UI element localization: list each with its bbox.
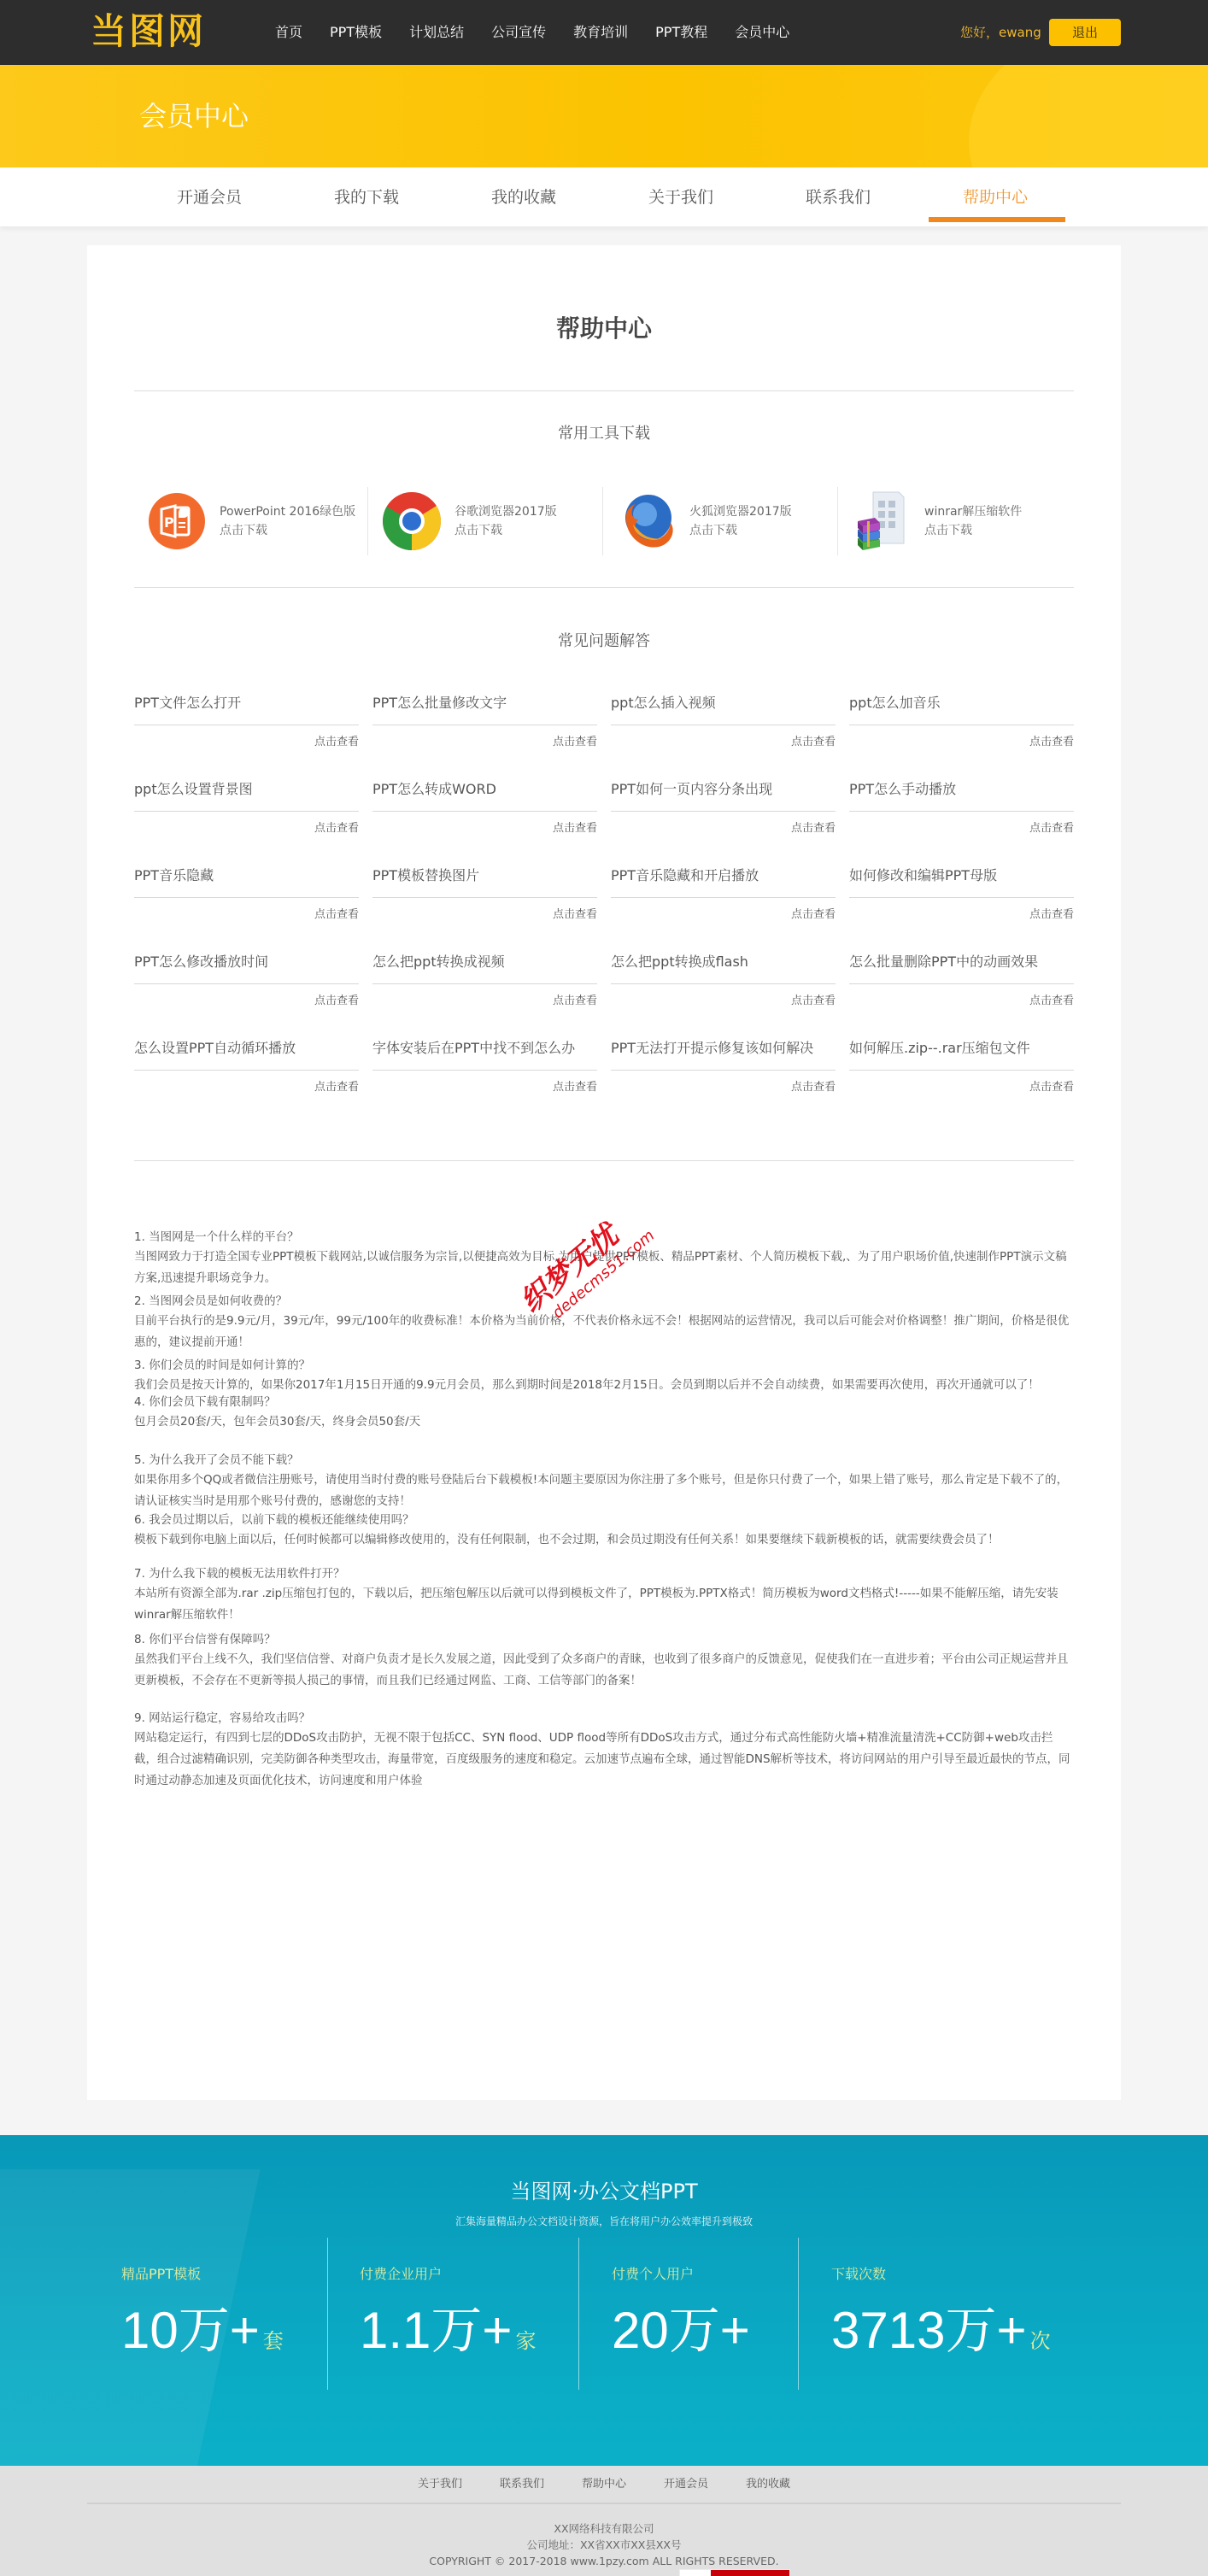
stat-unit: 次: [1030, 2330, 1051, 2353]
tool-item[interactable]: P PowerPoint 2016绿色版 点击下载: [134, 487, 369, 555]
tool-download-link[interactable]: 点击下载: [220, 521, 355, 540]
firefox-icon: [616, 490, 677, 552]
qa-block: 6. 我会员过期以后，以前下载的模板还能继续使用吗？模板下载到你电脑上面以后，任…: [134, 1511, 1074, 1551]
tool-separator: [602, 487, 603, 555]
faq-link-item[interactable]: 怎么批量删除PPT中的动画效果点击查看: [849, 953, 1074, 1012]
faq-underline: [134, 725, 359, 725]
qa-block: 2. 当图网会员是如何收费的？目前平台执行的是9.9元/月，39元/年，99元/…: [134, 1292, 1074, 1353]
faq-underline: [611, 725, 836, 725]
qa-question: 2. 当图网会员是如何收费的？: [134, 1292, 1074, 1311]
stats-title: 当图网·办公文档PPT: [0, 2178, 1208, 2205]
nav-member-center[interactable]: 会员中心: [735, 22, 789, 43]
qa-answer: 网站稳定运行，有四到七层的DDoS攻击防护，无视不限于包括CC、SYN floo…: [134, 1728, 1074, 1792]
qa-question: 6. 我会员过期以后，以前下载的模板还能继续使用吗？: [134, 1511, 1074, 1529]
qa-block: 4. 你们会员下载有限制吗？包月会员20套/天，包年会员30套/天，终身会员50…: [134, 1393, 1074, 1433]
tool-separator: [837, 487, 838, 555]
qa-question: 9. 网站运行稳定，容易给攻击吗？: [134, 1709, 1074, 1728]
tab-my-downloads[interactable]: 我的下载: [334, 186, 399, 208]
qa-block: 5. 为什么我开了会员不能下载？如果你用多个QQ或者微信注册账号，请使用当时付费…: [134, 1451, 1074, 1512]
page-banner: 会员中心: [0, 65, 1208, 167]
faq-underline: [134, 811, 359, 812]
qa-answer: 当图网致力于打造全国专业PPT模板下载网站,以诚信服务为宗旨,以便捷高效为目标,…: [134, 1247, 1074, 1289]
qa-answer: 虽然我们平台上线不久，我们坚信信誉、对商户负责才是长久发展之道，因此受到了众多商…: [134, 1649, 1074, 1692]
user-greeting[interactable]: 您好，ewang: [960, 22, 1041, 43]
qa-answer: 包月会员20套/天，包年会员30套/天，终身会员50套/天: [134, 1411, 1074, 1433]
faq-question-link[interactable]: 如何修改和编辑PPT母版: [849, 866, 1074, 885]
faq-view-link[interactable]: 点击查看: [1029, 1080, 1074, 1095]
faq-question-link[interactable]: 怎么批量删除PPT中的动画效果: [849, 953, 1074, 971]
tools-section-title: 常用工具下载: [87, 424, 1121, 444]
faq-underline: [134, 897, 359, 898]
tool-separator: [367, 487, 368, 555]
stat-separator: [327, 2238, 328, 2390]
faq-link-item[interactable]: PPT音乐隐藏点击查看: [134, 866, 359, 926]
faq-underline: [372, 983, 597, 984]
stat-value: 20万+: [612, 2302, 750, 2359]
faq-question-link[interactable]: ppt怎么设置背景图: [134, 780, 359, 799]
faq-view-link[interactable]: 点击查看: [791, 735, 836, 750]
faq-underline: [849, 811, 1074, 812]
faq-underline: [372, 1070, 597, 1071]
faq-question-link[interactable]: ppt怎么插入视频: [611, 694, 836, 713]
faq-view-link[interactable]: 点击查看: [553, 907, 597, 923]
qa-block: 7. 为什么我下载的模板无法用软件打开？本站所有资源全部为.rar .zip压缩…: [134, 1564, 1074, 1626]
faq-question-link[interactable]: PPT无法打开提示修复该如何解决: [611, 1039, 836, 1058]
stat-enterprise-users: 付费企业用户 1.1万+家: [360, 2265, 442, 2284]
divider: [134, 587, 1074, 588]
nav-home[interactable]: 首页: [275, 22, 302, 43]
powerpoint-icon: P: [146, 490, 208, 552]
faq-question-link[interactable]: 怎么设置PPT自动循环播放: [134, 1039, 359, 1058]
faq-link-item[interactable]: PPT怎么修改播放时间点击查看: [134, 953, 359, 1012]
faq-question-link[interactable]: 怎么把ppt转换成flash: [611, 953, 836, 971]
stats-band: 当图网·办公文档PPT 汇集海量精品办公文档设计资源，旨在将用户办公效率提升到极…: [0, 2135, 1208, 2466]
qa-answer: 如果你用多个QQ或者微信注册账号，请使用当时付费的账号登陆后台下载模板!本问题主…: [134, 1470, 1074, 1512]
qa-question: 1. 当图网是一个什么样的平台？: [134, 1228, 1074, 1247]
faq-view-link[interactable]: 点击查看: [553, 735, 597, 750]
faq-view-link[interactable]: 点击查看: [791, 1080, 836, 1095]
certification-badge[interactable]: [679, 2569, 790, 2576]
faq-question-link[interactable]: PPT如何一页内容分条出现: [611, 780, 836, 799]
faq-question-link[interactable]: PPT文件怎么打开: [134, 694, 359, 713]
stat-value: 3713万+: [831, 2302, 1027, 2359]
faq-link-item[interactable]: ppt怎么插入视频点击查看: [611, 694, 836, 754]
page-title: 帮助中心: [87, 314, 1121, 344]
faq-link-item[interactable]: PPT无法打开提示修复该如何解决点击查看: [611, 1039, 836, 1099]
faq-link-item[interactable]: ppt怎么加音乐点击查看: [849, 694, 1074, 754]
faq-view-link[interactable]: 点击查看: [553, 994, 597, 1009]
footer-divider: [87, 2503, 1121, 2504]
faq-view-link[interactable]: 点击查看: [1029, 994, 1074, 1009]
faq-question-link[interactable]: PPT怎么修改播放时间: [134, 953, 359, 971]
footer-link-favorites[interactable]: 我的收藏: [746, 2476, 790, 2493]
tab-help-center[interactable]: 帮助中心: [963, 186, 1028, 208]
faq-link-item[interactable]: 怎么把ppt转换成flash点击查看: [611, 953, 836, 1012]
tool-name: winrar解压缩软件: [924, 502, 1022, 521]
faq-question-link[interactable]: ppt怎么加音乐: [849, 694, 1074, 713]
qa-question: 8. 你们平台信誉有保障吗？: [134, 1630, 1074, 1649]
faq-question-link[interactable]: PPT音乐隐藏: [134, 866, 359, 885]
tool-name: 谷歌浏览器2017版: [454, 502, 557, 521]
faq-view-link[interactable]: 点击查看: [314, 821, 359, 836]
faq-question-link[interactable]: PPT怎么手动播放: [849, 780, 1074, 799]
qa-block: 3. 你们会员的时间是如何计算的？我们会员是按天计算的，如果你2017年1月15…: [134, 1356, 1074, 1396]
faq-link-item[interactable]: 如何修改和编辑PPT母版点击查看: [849, 866, 1074, 926]
faq-view-link[interactable]: 点击查看: [791, 994, 836, 1009]
faq-underline: [611, 983, 836, 984]
main-nav: 首页 PPT模板 计划总结 公司宣传 教育培训 PPT教程 会员中心: [275, 22, 817, 43]
qa-answer: 本站所有资源全部为.rar .zip压缩包打包的，下载以后，把压缩包解压以后就可…: [134, 1583, 1074, 1626]
stat-separator: [578, 2238, 579, 2390]
tool-item[interactable]: winrar解压缩软件 点击下载: [839, 487, 1074, 555]
logo-char: 图: [129, 12, 166, 51]
footer-address: 公司地址：XX省XX市XX县XX号: [0, 2537, 1208, 2553]
stat-label: 下载次数: [831, 2265, 886, 2284]
faq-question-link[interactable]: PPT模板替换图片: [372, 866, 597, 885]
faq-link-item[interactable]: 怎么把ppt转换成视频点击查看: [372, 953, 597, 1012]
faq-link-item[interactable]: PPT怎么手动播放点击查看: [849, 780, 1074, 840]
faq-question-link[interactable]: 如何解压.zip--.rar压缩包文件: [849, 1039, 1074, 1058]
footer-link-contact[interactable]: 联系我们: [500, 2476, 544, 2493]
svg-text:P: P: [164, 514, 174, 531]
faq-view-link[interactable]: 点击查看: [314, 907, 359, 923]
faq-underline: [372, 811, 597, 812]
banner-title: 会员中心: [139, 97, 249, 135]
tab-my-favorites[interactable]: 我的收藏: [491, 186, 556, 208]
faq-link-item[interactable]: PPT如何一页内容分条出现点击查看: [611, 780, 836, 840]
winrar-icon: [851, 490, 912, 552]
faq-underline: [849, 725, 1074, 725]
stat-value: 10万+: [121, 2302, 260, 2359]
faq-underline: [372, 725, 597, 725]
stat-unit: 套: [263, 2330, 284, 2353]
footer-link-help[interactable]: 帮助中心: [582, 2476, 626, 2493]
faq-underline: [849, 1070, 1074, 1071]
faq-view-link[interactable]: 点击查看: [1029, 821, 1074, 836]
nav-education[interactable]: 教育培训: [573, 22, 628, 43]
stat-label: 付费企业用户: [360, 2265, 442, 2284]
qa-answer: 目前平台执行的是9.9元/月，39元/年，99元/100年的收费标准！本价格为当…: [134, 1311, 1074, 1353]
faq-section-title: 常见问题解答: [87, 631, 1121, 652]
qa-question: 5. 为什么我开了会员不能下载？: [134, 1451, 1074, 1470]
faq-view-link[interactable]: 点击查看: [791, 907, 836, 923]
nav-plan-summary[interactable]: 计划总结: [409, 22, 464, 43]
faq-link-item[interactable]: PPT音乐隐藏和开启播放点击查看: [611, 866, 836, 926]
divider: [134, 390, 1074, 391]
member-subnav: 开通会员 我的下载 我的收藏 关于我们 联系我们 帮助中心: [0, 167, 1208, 226]
stat-label: 付费个人用户: [612, 2265, 694, 2284]
logo-char: 网: [167, 12, 204, 51]
qa-block: 9. 网站运行稳定，容易给攻击吗？网站稳定运行，有四到七层的DDoS攻击防护，无…: [134, 1709, 1074, 1792]
faq-link-item[interactable]: PPT怎么转成WORD点击查看: [372, 780, 597, 840]
logo-char: 当: [91, 12, 127, 51]
faq-view-link[interactable]: 点击查看: [314, 735, 359, 750]
tab-open-membership[interactable]: 开通会员: [177, 186, 242, 208]
faq-view-link[interactable]: 点击查看: [553, 1080, 597, 1095]
top-header: 当 图 网 首页 PPT模板 计划总结 公司宣传 教育培训 PPT教程 会员中心…: [0, 0, 1208, 65]
nav-ppt-tutorial[interactable]: PPT教程: [655, 22, 707, 43]
faq-view-link[interactable]: 点击查看: [314, 994, 359, 1009]
help-center-panel: 帮助中心 常用工具下载 P PowerPoint 2016绿色版 点击下载: [87, 245, 1121, 2100]
divider: [134, 1160, 1074, 1161]
faq-link-item[interactable]: 字体安装后在PPT中找不到怎么办点击查看: [372, 1039, 597, 1099]
tab-contact-us[interactable]: 联系我们: [806, 186, 871, 208]
faq-question-link[interactable]: PPT怎么批量修改文字: [372, 694, 597, 713]
faq-underline: [372, 897, 597, 898]
stat-personal-users: 付费个人用户 20万+: [612, 2265, 694, 2284]
faq-underline: [849, 897, 1074, 898]
stat-unit: 家: [515, 2330, 536, 2353]
faq-link-item[interactable]: PPT模板替换图片点击查看: [372, 866, 597, 926]
footer-copyright: COPYRIGHT © 2017-2018 www.1pzy.com ALL R…: [0, 2553, 1208, 2569]
faq-question-link[interactable]: 怎么把ppt转换成视频: [372, 953, 597, 971]
stat-value: 1.1万+: [360, 2302, 512, 2359]
tool-item[interactable]: 谷歌浏览器2017版 点击下载: [369, 487, 604, 555]
faq-underline: [611, 897, 836, 898]
faq-underline: [134, 1070, 359, 1071]
nav-ppt-templates[interactable]: PPT模板: [330, 22, 382, 43]
footer-link-membership[interactable]: 开通会员: [664, 2476, 708, 2493]
faq-underline: [849, 983, 1074, 984]
tool-download-link[interactable]: 点击下载: [454, 521, 557, 540]
faq-view-link[interactable]: 点击查看: [791, 821, 836, 836]
footer-company: XX网络科技有限公司: [0, 2520, 1208, 2537]
stat-separator: [798, 2238, 799, 2390]
stats-subtitle: 汇集海量精品办公文档设计资源，旨在将用户办公效率提升到极致: [0, 2214, 1208, 2229]
faq-view-link[interactable]: 点击查看: [553, 821, 597, 836]
qa-answer: 模板下载到你电脑上面以后，任何时候都可以编辑修改使用的，没有任何限制，也不会过期…: [134, 1529, 1074, 1551]
tool-item[interactable]: 火狐浏览器2017版 点击下载: [604, 487, 839, 555]
footer-link-about[interactable]: 关于我们: [418, 2476, 462, 2493]
tool-download-link[interactable]: 点击下载: [689, 521, 792, 540]
faq-view-link[interactable]: 点击查看: [1029, 907, 1074, 923]
qa-block: 8. 你们平台信誉有保障吗？虽然我们平台上线不久，我们坚信信誉、对商户负责才是长…: [134, 1630, 1074, 1692]
qa-question: 7. 为什么我下载的模板无法用软件打开？: [134, 1564, 1074, 1583]
chrome-icon: [381, 490, 443, 552]
nav-company-promo[interactable]: 公司宣传: [491, 22, 546, 43]
qa-question: 3. 你们会员的时间是如何计算的？: [134, 1356, 1074, 1375]
faq-view-link[interactable]: 点击查看: [1029, 735, 1074, 750]
site-footer: 关于我们 联系我们 帮助中心 开通会员 我的收藏 XX网络科技有限公司 公司地址…: [0, 2466, 1208, 2576]
tab-about-us[interactable]: 关于我们: [648, 186, 713, 208]
faq-question-link[interactable]: 字体安装后在PPT中找不到怎么办: [372, 1039, 597, 1058]
site-logo[interactable]: 当 图 网: [91, 12, 204, 51]
qa-block: 1. 当图网是一个什么样的平台？当图网致力于打造全国专业PPT模板下载网站,以诚…: [134, 1228, 1074, 1289]
faq-underline: [134, 983, 359, 984]
tool-name: PowerPoint 2016绿色版: [220, 502, 355, 521]
faq-underline: [611, 1070, 836, 1071]
tool-download-link[interactable]: 点击下载: [924, 521, 1022, 540]
stat-downloads: 下载次数 3713万+次: [831, 2265, 886, 2284]
active-tab-indicator: [929, 217, 1065, 222]
faq-question-link[interactable]: PPT怎么转成WORD: [372, 780, 597, 799]
faq-link-item[interactable]: 如何解压.zip--.rar压缩包文件点击查看: [849, 1039, 1074, 1099]
stat-templates: 精品PPT模板 10万+套: [121, 2265, 201, 2284]
faq-link-item[interactable]: PPT怎么批量修改文字点击查看: [372, 694, 597, 754]
qa-question: 4. 你们会员下载有限制吗？: [134, 1393, 1074, 1411]
tool-name: 火狐浏览器2017版: [689, 502, 792, 521]
faq-link-item[interactable]: 怎么设置PPT自动循环播放点击查看: [134, 1039, 359, 1099]
faq-link-item[interactable]: ppt怎么设置背景图点击查看: [134, 780, 359, 840]
faq-link-item[interactable]: PPT文件怎么打开点击查看: [134, 694, 359, 754]
faq-question-link[interactable]: PPT音乐隐藏和开启播放: [611, 866, 836, 885]
logout-button[interactable]: 退出: [1049, 19, 1121, 46]
faq-underline: [611, 811, 836, 812]
faq-view-link[interactable]: 点击查看: [314, 1080, 359, 1095]
footer-links: 关于我们 联系我们 帮助中心 开通会员 我的收藏: [0, 2476, 1208, 2493]
stat-label: 精品PPT模板: [121, 2265, 201, 2284]
